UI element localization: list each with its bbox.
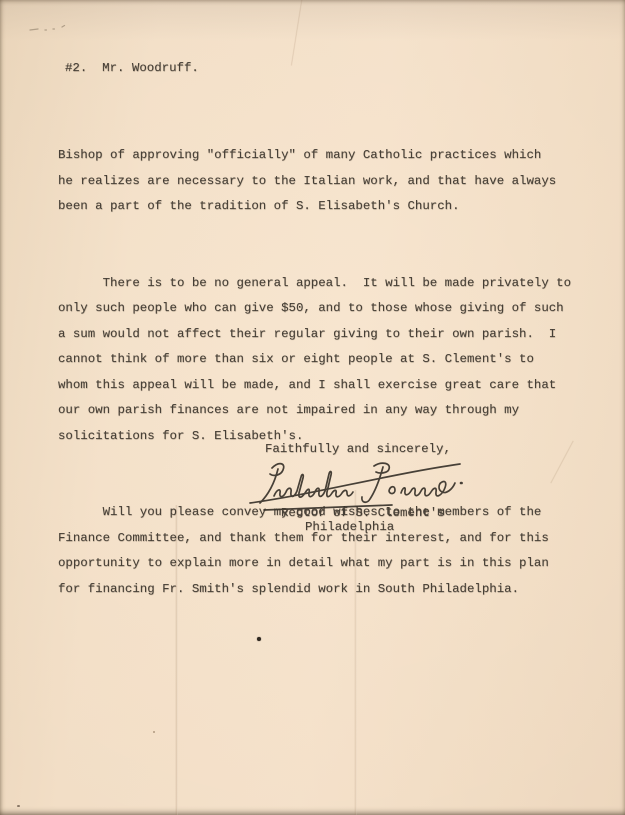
fold-crease-top — [290, 0, 303, 66]
ink-speck — [257, 637, 261, 641]
paper-speck — [153, 731, 155, 733]
letter-body: Bishop of approving "officially" of many… — [58, 92, 571, 653]
pencil-marks — [28, 22, 84, 41]
signer-city: Philadelphia — [305, 515, 394, 541]
pencil-marks-drawing — [28, 22, 84, 36]
letter-page: #2. Mr. Woodruff. Bishop of approving "o… — [0, 0, 625, 815]
paper-speck-bottom — [17, 805, 20, 807]
paragraph-1: Bishop of approving "officially" of many… — [58, 143, 571, 220]
page-label: #2. Mr. Woodruff. — [65, 56, 199, 82]
paragraph-2: There is to be no general appeal. It wil… — [58, 271, 571, 450]
